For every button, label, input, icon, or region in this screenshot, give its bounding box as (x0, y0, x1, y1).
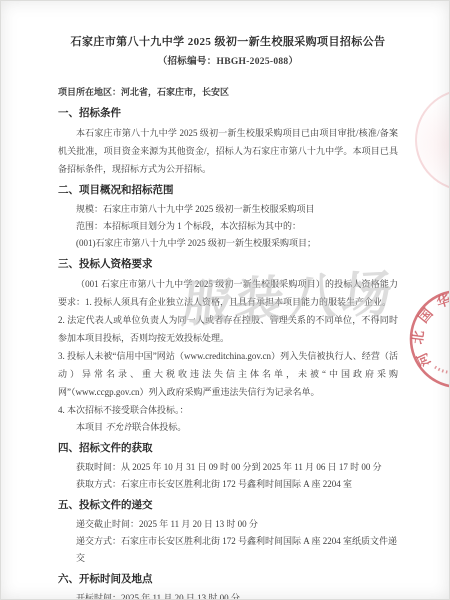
project-region-line: 项目所在地区：河北省，石家庄市，长安区 (58, 84, 398, 101)
no-consortium-suffix: 联合体投标。 (132, 422, 186, 432)
obtain-time-line: 获取时间：从 2025 年 10 月 31 日 09 时 00 分到 2025 … (58, 459, 398, 476)
no-consortium-emphasis: 不允许 (105, 422, 132, 432)
qualification-paragraph-2: 2. 法定代表人或单位负责人为同一人或者存在控股、管理关系的不同单位，不得同时参… (58, 311, 398, 347)
section-heading-1: 一、招标条件 (58, 106, 398, 122)
range-line: 范围：本招标项目划分为 1 个标段，本次招标为其中的： (58, 218, 398, 235)
seal-small-text-arc (435, 363, 450, 373)
document-page: 服装八场 河北国华 石家庄市第八十九中学 2025 级初一新生校服采购项目招标公… (0, 0, 450, 600)
lot-line: (001)石家庄市第八十九中学 2025 级初一新生校服采购项目； (58, 235, 398, 252)
no-consortium-line: 本项目 不允许联合体投标。 (58, 419, 398, 436)
obtain-method-line: 获取方式：石家庄市长安区胜利北街 172 号鑫利时间国际 A 座 2204 室 (58, 476, 398, 493)
qualification-paragraph-3: 3. 投标人未被“信用中国”网站（www.creditchina.gov.cn）… (58, 347, 398, 401)
no-consortium-prefix: 本项目 (76, 422, 105, 432)
section1-paragraph: 本石家庄市第八十九中学 2025 级初一新生校服采购项目已由项目审批/核准/备案… (58, 124, 398, 178)
qualification-paragraph-4: 4. 本次招标不接受联合体投标。： (58, 401, 398, 419)
scope-line: 规模：石家庄市第八十九中学 2025 级初一新生校服采购项目 (58, 201, 398, 218)
submit-method-line: 递交方式：石家庄市长安区胜利北街 172 号鑫利时间国际 A 座 2204 室纸… (58, 533, 398, 567)
tender-number: （招标编号：HBGH-2025-088） (58, 56, 398, 68)
section-heading-2: 二、项目概况和招标范围 (58, 183, 398, 199)
red-seal-stamp: 河北国华 (389, 264, 450, 414)
document-title: 石家庄市第八十九中学 2025 级初一新生校服采购项目招标公告 (58, 35, 398, 49)
opening-time-line: 开标时间：2025 年 11 月 20 日 13 时 00 分 (58, 590, 398, 600)
section-heading-6: 六、开标时间及地点 (58, 572, 398, 588)
section-heading-3: 三、投标人资格要求 (58, 257, 398, 273)
section-heading-4: 四、招标文件的获取 (58, 441, 398, 457)
submit-deadline-line: 递交截止时间：2025 年 11 月 20 日 13 时 00 分 (58, 516, 398, 533)
qualification-paragraph-1: （001 石家庄市第八十九中学 2025 级初一新生校服采购项目）的投标人资格能… (58, 275, 398, 311)
document-content: 石家庄市第八十九中学 2025 级初一新生校服采购项目招标公告 （招标编号：HB… (58, 35, 398, 600)
section-heading-5: 五、投标文件的递交 (58, 498, 398, 514)
faint-seal-stamp (415, 89, 450, 191)
